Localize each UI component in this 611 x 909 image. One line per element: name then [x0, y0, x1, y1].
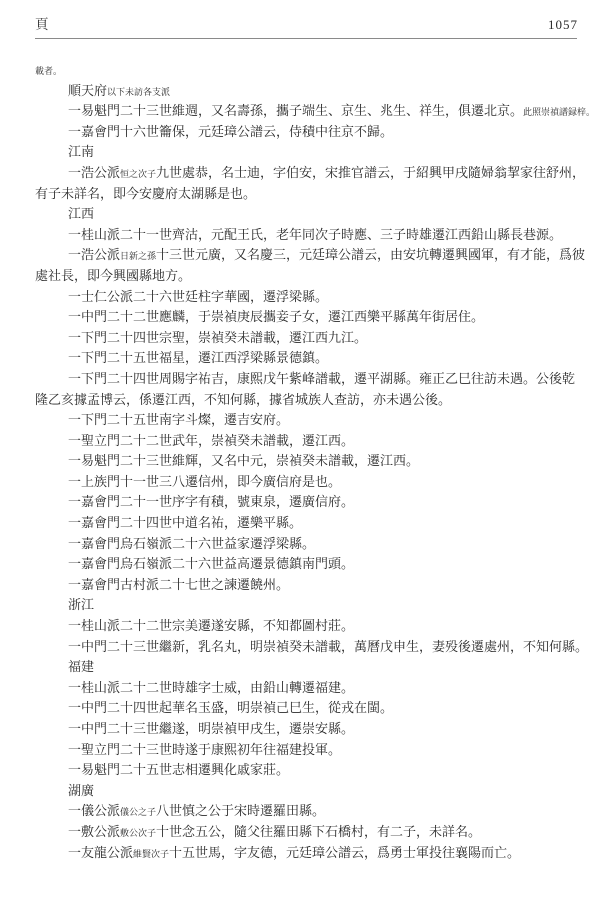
text-segment-small: 恒之次子 — [120, 169, 156, 179]
text-line: 一聖立門二十二世武年，崇禎癸未譜載，遷江西。 — [35, 431, 580, 452]
text-segment: 一下門二十五世福星，遷江西浮梁縣景德鎮。 — [68, 350, 328, 365]
text-segment: 十世念五公，隨父往羅田縣下石橋村，有二子，未詳名。 — [156, 824, 481, 839]
text-segment: 一嘉會門烏石嶺派二十六世益家遷浮梁縣。 — [68, 536, 315, 551]
text-line: 一聖立門二十三世時遂于康熙初年往福建投軍。 — [35, 740, 580, 761]
text-line: 浙江 — [35, 595, 580, 616]
text-segment: 十三世元廣，又名慶三，元廷璋公譜云，由安坑轉遷興國軍，有才能，爲彼 — [156, 247, 585, 262]
header-rule — [35, 38, 577, 39]
text-line: 一中門二十四世起華名玉盛，明崇禎己巳生，從戎在閩。 — [35, 698, 580, 719]
text-segment: 一士仁公派二十六世廷柱字華國，遷浮梁縣。 — [68, 289, 328, 304]
text-segment-small: 維賢次子 — [133, 849, 169, 859]
text-line: 福建 — [35, 657, 580, 678]
text-segment: 一儀公派 — [68, 803, 120, 818]
text-segment: 順天府 — [68, 83, 107, 98]
text-segment: 一嘉會門古村派二十七世之諫遷饒州。 — [68, 577, 289, 592]
text-line: 一易魁門二十三世維週，又名壽孫，攜子端生、京生、兆生、祥生，俱遷北京。此照崇禎譜… — [35, 101, 580, 122]
text-line: 一嘉會門古村派二十七世之諫遷饒州。 — [35, 575, 580, 596]
text-segment: 一桂山派二十二世時雄字士威，由鉛山轉遷福建。 — [68, 680, 354, 695]
text-line: 一浩公派日新之孫十三世元廣，又名慶三，元廷璋公譜云，由安坑轉遷興國軍，有才能，爲… — [35, 245, 580, 266]
text-line: 載者。 — [35, 60, 580, 81]
text-body: 載者。順天府以下未訪各支派一易魁門二十三世維週，又名壽孫，攜子端生、京生、兆生、… — [35, 60, 580, 863]
text-line: 一中門二十三世繼遂，明崇禎甲戌生，遷崇安縣。 — [35, 719, 580, 740]
text-segment: 一桂山派二十二世宗美遷遂安縣，不知都圖村莊。 — [68, 618, 354, 633]
text-segment: 一敷公派 — [68, 824, 120, 839]
book-page: 頁 1057 載者。順天府以下未訪各支派一易魁門二十三世維週，又名壽孫，攜子端生… — [0, 0, 611, 909]
text-segment: 一嘉會門烏石嶺派二十六世益高遷景德鎮南門頭。 — [68, 556, 354, 571]
running-title: 頁 — [35, 13, 50, 33]
text-segment: 隆乙亥據孟博云，係遷江西，不知何縣，據省城族人查訪，亦未遇公後。 — [35, 392, 451, 407]
text-line: 順天府以下未訪各支派 — [35, 81, 580, 102]
text-segment-small: 此照崇禎譜録梓。 — [523, 107, 595, 117]
text-segment: 一友龍公派 — [68, 845, 133, 860]
text-line: 一嘉會門二十四世中道名祐，遷樂平縣。 — [35, 513, 580, 534]
text-segment: 一浩公派 — [68, 165, 120, 180]
text-line: 一中門二十二世應麟，于崇禎庚辰攜妾子女，遷江西樂平縣萬年街居住。 — [35, 307, 580, 328]
text-segment: 一嘉會門二十一世序字有積，號東泉，遷廣信府。 — [68, 494, 354, 509]
text-line: 江南 — [35, 142, 580, 163]
text-segment: 十五世馬，字友德，元廷璋公譜云，爲勇士軍投往襄陽而亡。 — [169, 845, 520, 860]
text-line: 一嘉會門二十一世序字有積，號東泉，遷廣信府。 — [35, 492, 580, 513]
text-line: 一下門二十四世宗聖，崇禎癸未譜載，遷江西九江。 — [35, 328, 580, 349]
text-line: 一易魁門二十三世維輝，又名中元，崇禎癸未譜載，遷江西。 — [35, 451, 580, 472]
text-line: 江西 — [35, 204, 580, 225]
text-line: 一中門二十三世繼新，乳名丸，明崇禎癸未譜載，萬曆戊申生，妻殁後遷處州，不知何縣。 — [35, 637, 580, 658]
text-segment: 一中門二十二世應麟，于崇禎庚辰攜妾子女，遷江西樂平縣萬年街居住。 — [68, 309, 484, 324]
text-line: 一下門二十四世周賜字祐吉，康熙戊午紫峰譜載，遷平湖縣。雍正乙巳往訪未遇。公後乾 — [35, 369, 580, 390]
text-segment: 一易魁門二十三世維週，又名壽孫，攜子端生、京生、兆生、祥生，俱遷北京。 — [68, 103, 523, 118]
text-line: 一浩公派恒之次子九世處恭，名士迪，字伯安，宋推官譜云，于紹興甲戌隨婦翁挈家往舒州… — [35, 163, 580, 184]
text-segment: 九世處恭，名士迪，字伯安，宋推官譜云，于紹興甲戌隨婦翁挈家往舒州， — [156, 165, 585, 180]
text-segment: 一聖立門二十三世時遂于康熙初年往福建投軍。 — [68, 742, 341, 757]
text-segment: 江南 — [68, 144, 94, 159]
text-segment: 一嘉會門二十四世中道名祐，遷樂平縣。 — [68, 515, 302, 530]
text-segment-small: 以下未訪各支派 — [107, 87, 170, 97]
text-segment-small: 儀公之子 — [120, 807, 156, 817]
text-line: 隆乙亥據孟博云，係遷江西，不知何縣，據省城族人查訪，亦未遇公後。 — [35, 390, 580, 411]
text-line: 一嘉會門十六世籥保，元廷璋公譜云，侍積中往京不歸。 — [35, 122, 580, 143]
text-line: 湖廣 — [35, 781, 580, 802]
text-segment: 福建 — [68, 659, 94, 674]
text-line: 一嘉會門烏石嶺派二十六世益高遷景德鎮南門頭。 — [35, 554, 580, 575]
text-segment: 江西 — [68, 206, 94, 221]
text-line: 一儀公派儀公之子八世慎之公于宋時遷羅田縣。 — [35, 801, 580, 822]
text-line: 一上族門十一世三八遷信州，即今廣信府是也。 — [35, 472, 580, 493]
page-header: 頁 1057 — [35, 13, 578, 33]
text-segment: 一易魁門二十五世志相遷興化戚家莊。 — [68, 762, 289, 777]
text-segment: 湖廣 — [68, 783, 94, 798]
text-segment: 八世慎之公于宋時遷羅田縣。 — [156, 803, 325, 818]
text-segment: 一嘉會門十六世籥保，元廷璋公譜云，侍積中往京不歸。 — [68, 124, 393, 139]
text-segment: 一中門二十三世繼遂，明崇禎甲戌生，遷崇安縣。 — [68, 721, 354, 736]
text-line: 一桂山派二十二世宗美遷遂安縣，不知都圖村莊。 — [35, 616, 580, 637]
text-segment: 一中門二十三世繼新，乳名丸，明崇禎癸未譜載，萬曆戊申生，妻殁後遷處州，不知何縣。 — [68, 639, 588, 654]
text-line: 一桂山派二十二世時雄字士威，由鉛山轉遷福建。 — [35, 678, 580, 699]
text-line: 一易魁門二十五世志相遷興化戚家莊。 — [35, 760, 580, 781]
text-segment-small: 敷公次子 — [120, 828, 156, 838]
text-line: 一敷公派敷公次子十世念五公，隨父往羅田縣下石橋村，有二子，未詳名。 — [35, 822, 580, 843]
text-segment: 一聖立門二十二世武年，崇禎癸未譜載，遷江西。 — [68, 433, 354, 448]
text-segment: 一浩公派 — [68, 247, 120, 262]
text-line: 一士仁公派二十六世廷柱字華國，遷浮梁縣。 — [35, 287, 580, 308]
text-line: 有子未詳名，即今安慶府太湖縣是也。 — [35, 184, 580, 205]
text-line: 一桂山派二十一世齊沽，元配王氏，老年同次子時應、三子時雄遷江西鉛山縣長巷源。 — [35, 225, 580, 246]
text-segment-small: 日新之孫 — [120, 251, 156, 261]
text-segment: 一下門二十四世周賜字祐吉，康熙戊午紫峰譜載，遷平湖縣。雍正乙巳往訪未遇。公後乾 — [68, 371, 575, 386]
text-line: 一友龍公派維賢次子十五世馬，字友德，元廷璋公譜云，爲勇士軍投往襄陽而亡。 — [35, 843, 580, 864]
text-segment: 處社長，即今興國縣地方。 — [35, 268, 191, 283]
text-line: 處社長，即今興國縣地方。 — [35, 266, 580, 287]
text-segment: 浙江 — [68, 597, 94, 612]
text-segment: 有子未詳名，即今安慶府太湖縣是也。 — [35, 186, 256, 201]
text-line: 一嘉會門烏石嶺派二十六世益家遷浮梁縣。 — [35, 534, 580, 555]
text-segment: 一下門二十四世宗聖，崇禎癸未譜載，遷江西九江。 — [68, 330, 367, 345]
page-number: 1057 — [548, 17, 578, 33]
text-segment: 一中門二十四世起華名玉盛，明崇禎己巳生，從戎在閩。 — [68, 700, 393, 715]
text-line: 一下門二十五世南字斗燦，遷吉安府。 — [35, 410, 580, 431]
text-segment: 一上族門十一世三八遷信州，即今廣信府是也。 — [68, 474, 341, 489]
text-line: 一下門二十五世福星，遷江西浮梁縣景德鎮。 — [35, 348, 580, 369]
text-segment: 一易魁門二十三世維輝，又名中元，崇禎癸未譜載，遷江西。 — [68, 453, 419, 468]
text-segment-small: 載者。 — [35, 66, 62, 76]
text-segment: 一下門二十五世南字斗燦，遷吉安府。 — [68, 412, 289, 427]
text-segment: 一桂山派二十一世齊沽，元配王氏，老年同次子時應、三子時雄遷江西鉛山縣長巷源。 — [68, 227, 562, 242]
